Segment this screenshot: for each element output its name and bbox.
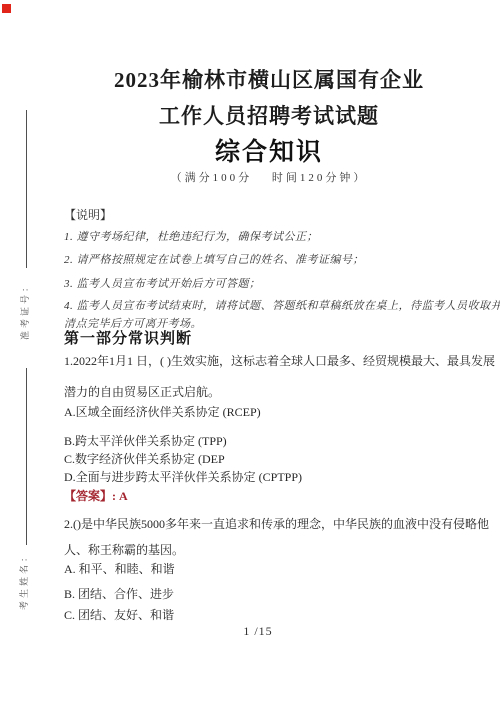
question-2-option-c: C. 团结、友好、和谐: [64, 606, 174, 623]
question-2-stem-line2: 人、称王称霸的基因。: [64, 541, 184, 558]
notice-heading: 【说明】: [64, 206, 112, 223]
margin-blank-line-ticket: [26, 110, 27, 268]
question-2-option-a: A. 和平、和睦、和谐: [64, 560, 175, 577]
page-number: 1 /15: [63, 624, 453, 639]
exam-score-time-meta: （满分100分 时间120分钟）: [63, 169, 475, 185]
question-1-stem-line1: 1.2022年1月1 日，( )生效实施，这标志着全球人口最多、经贸规模最大、最…: [64, 352, 495, 369]
question-1-answer: 【答案】: A: [64, 487, 128, 504]
notice-item-3: 3. 监考人员宣布考试开始后方可答题；: [64, 275, 261, 291]
notice-item-2: 2. 请严格按照规定在试卷上填写自己的姓名、准考证编号；: [64, 251, 364, 267]
red-corner-mark: [2, 4, 11, 13]
exam-title-line2: 工作人员招聘考试试题: [63, 100, 475, 130]
section-1-title: 第一部分常识判断: [64, 327, 192, 348]
question-2-option-b: B. 团结、合作、进步: [64, 585, 174, 602]
margin-label-candidate-name: 考生姓名：: [17, 545, 29, 615]
notice-item-1: 1. 遵守考场纪律，杜绝违纪行为，确保考试公正；: [64, 228, 318, 244]
question-1-option-a: A.区域全面经济伙伴关系协定 (RCEP): [64, 403, 261, 420]
question-1-option-d: D.全面与进步跨太平洋伙伴关系协定 (CPTPP): [64, 468, 302, 485]
exam-title-line1: 2023年榆林市横山区属国有企业: [63, 64, 475, 94]
question-2-stem-line1: 2.()是中华民族5000多年来一直追求和传承的理念，中华民族的血液中没有侵略他: [64, 515, 489, 532]
notice-item-4-line1: 4. 监考人员宣布考试结束时，请将试题、答题纸和草稿纸放在桌上，待监考人员收取并: [64, 297, 500, 313]
margin-blank-line-name: [26, 368, 27, 545]
margin-label-ticket-number: 准考证号：: [18, 275, 30, 345]
question-1-stem-line2: 潜力的自由贸易区正式启航。: [64, 383, 220, 400]
question-1-option-b: B.跨太平洋伙伴关系协定 (TPP): [64, 432, 227, 449]
question-1-option-c: C.数字经济伙伴关系协定 (DEP: [64, 450, 225, 467]
exam-paper-page: 准考证号： 考生姓名： 2023年榆林市横山区属国有企业 工作人员招聘考试试题 …: [0, 0, 500, 707]
exam-subject-title: 综合知识: [63, 132, 475, 168]
